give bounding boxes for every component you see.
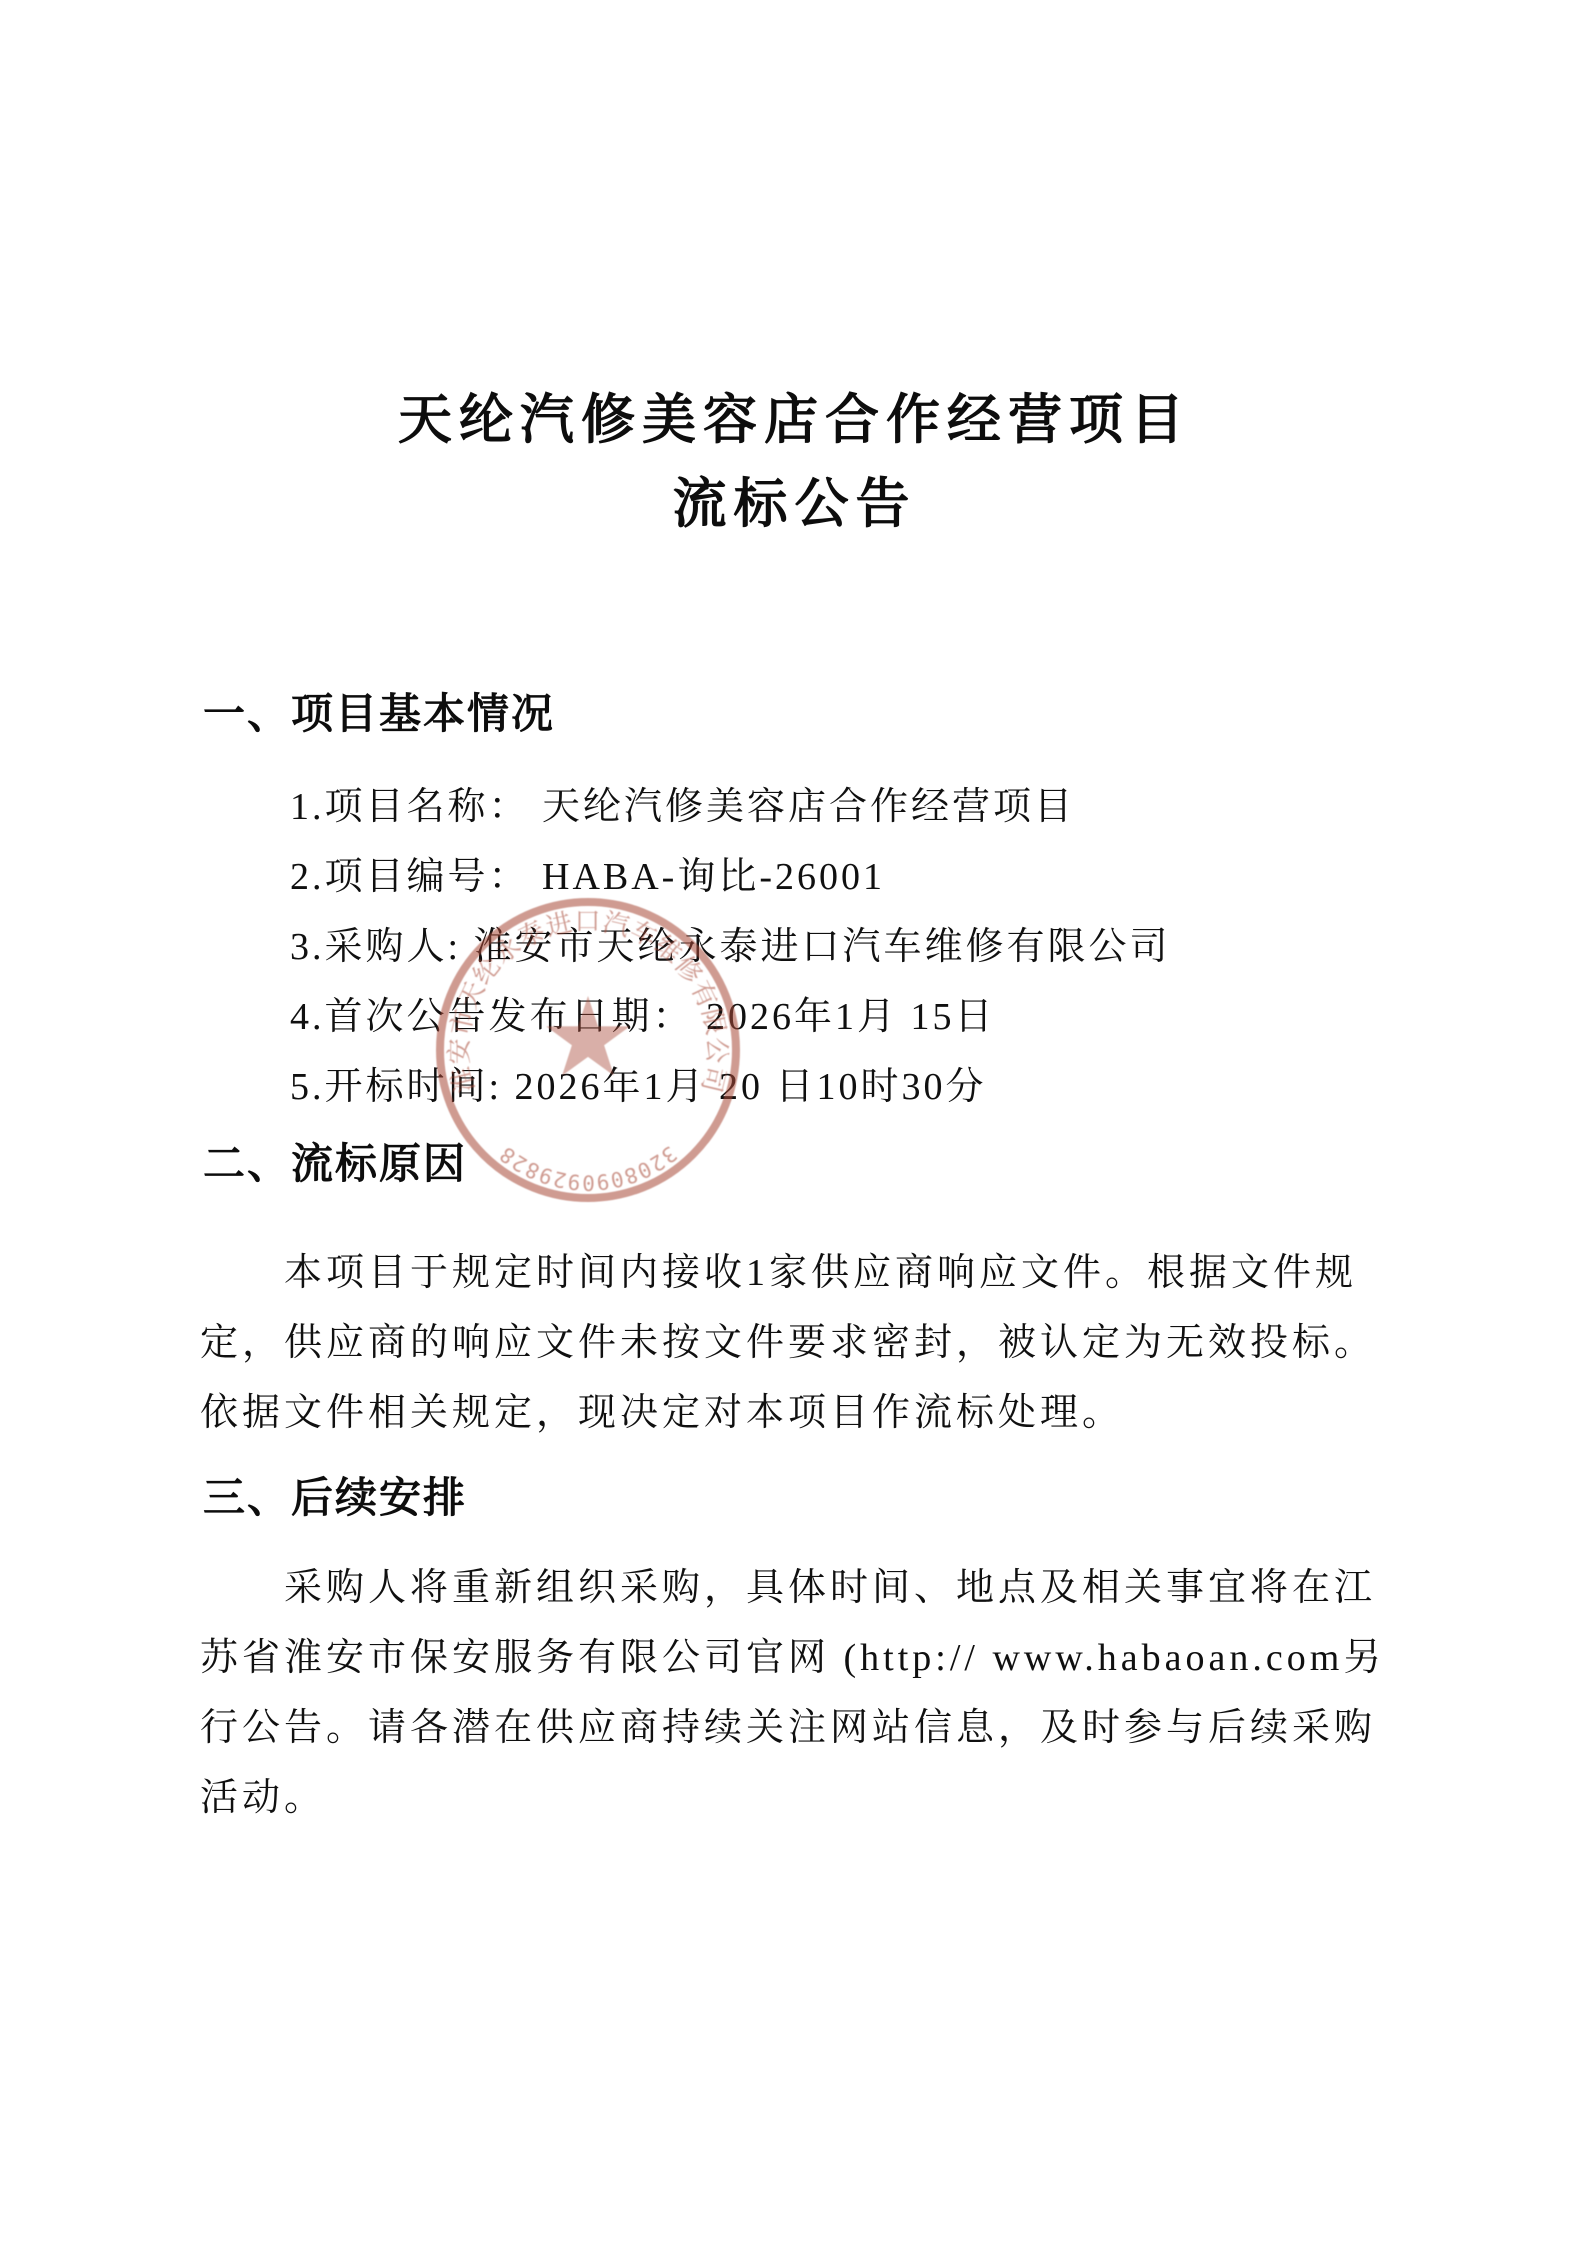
list-item-bid-opening-time: 5.开标时间: 2026年1月 20 日10时30分: [290, 1052, 1490, 1122]
list-item-first-announce-date: 4.首次公告发布日期： 2026年1月 15日: [290, 982, 1490, 1052]
list-item-project-name: 1.项目名称： 天纶汽修美容店合作经营项目: [290, 772, 1490, 842]
document-title: 天纶汽修美容店合作经营项目 流标公告: [0, 378, 1589, 546]
section-heading-basic-info: 一、项目基本情况: [203, 690, 555, 738]
failure-reason-paragraph: 本项目于规定时间内接收1家供应商响应文件。根据文件规 定，供应商的响应文件未按文…: [200, 1238, 1440, 1448]
document-title-line2: 流标公告: [0, 462, 1589, 546]
list-item-purchaser: 3.采购人: 淮安市天纶永泰进口汽车维修有限公司: [290, 912, 1490, 982]
list-item-project-number: 2.项目编号： HABA-询比-26001: [290, 842, 1490, 912]
follow-up-paragraph: 采购人将重新组织采购，具体时间、地点及相关事宜将在江 苏省淮安市保安服务有限公司…: [200, 1553, 1440, 1833]
project-info-list: 1.项目名称： 天纶汽修美容店合作经营项目 2.项目编号： HABA-询比-26…: [290, 772, 1490, 1122]
document-title-line1: 天纶汽修美容店合作经营项目: [0, 378, 1589, 462]
section-heading-failure-reason: 二、流标原因: [203, 1140, 467, 1188]
seal-serial-number: 3208090929828: [495, 1141, 682, 1194]
section-heading-follow-up: 三、后续安排: [203, 1474, 467, 1522]
document-page: 天纶汽修美容店合作经营项目 流标公告 一、项目基本情况 1.项目名称： 天纶汽修…: [0, 0, 1589, 2245]
